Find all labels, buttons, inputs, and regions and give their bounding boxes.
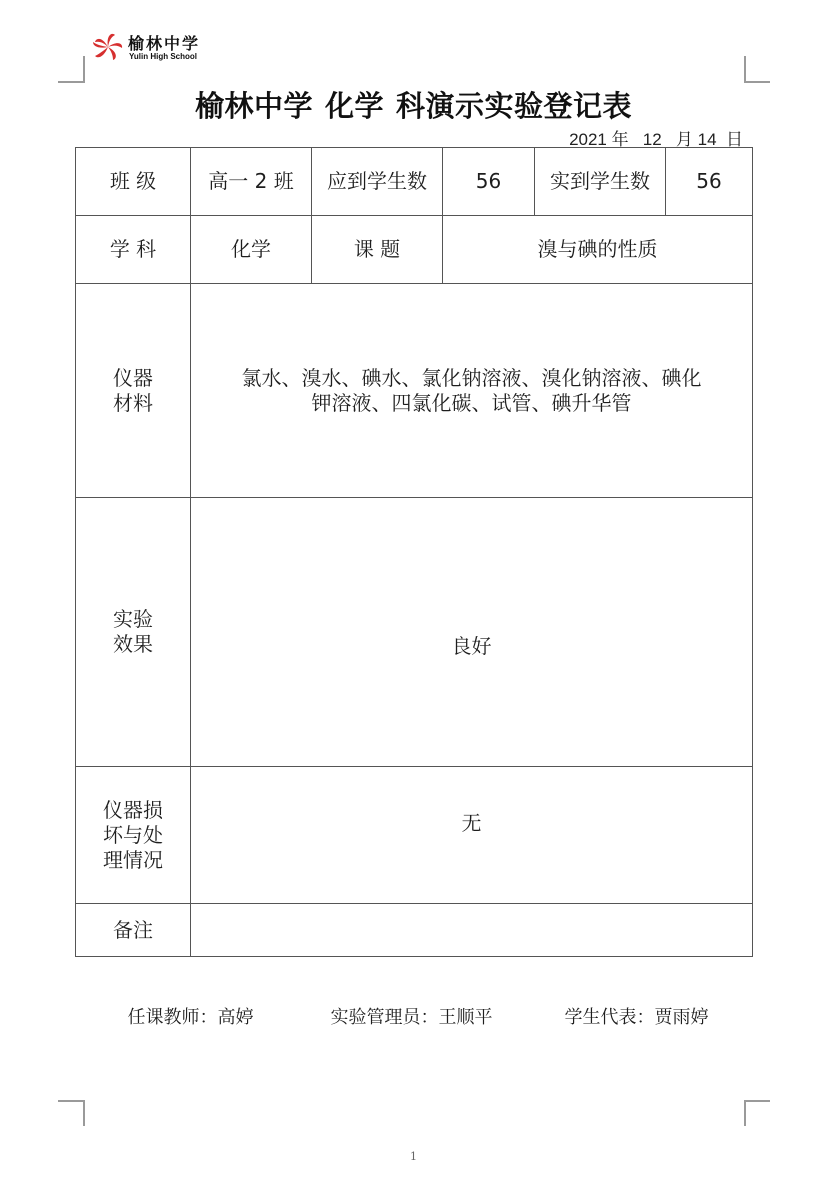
materials-value: 氯水、溴水、碘水、氯化钠溶液、溴化钠溶液、碘化 钾溶液、四氯化碳、试管、碘升华管 — [191, 284, 752, 497]
table-border — [75, 956, 753, 957]
teacher-name: 高婷 — [217, 1007, 253, 1028]
damage-value: 无 — [191, 767, 752, 879]
materials-value-line1: 氯水、溴水、碘水、氯化钠溶液、溴化钠溶液、碘化 — [242, 366, 702, 391]
class-label: 班 级 — [76, 148, 190, 215]
topic-label: 课 题 — [312, 216, 442, 283]
materials-value-line2: 钾溶液、四氯化碳、试管、碘升华管 — [312, 391, 632, 416]
page-number: 1 — [0, 1150, 827, 1163]
actual-students-label: 实到学生数 — [535, 148, 665, 215]
materials-label: 仪器 材料 — [76, 284, 190, 497]
remarks-label: 备注 — [76, 904, 190, 956]
damage-label-line3: 理情况 — [103, 848, 163, 873]
damage-label-line2: 坏与处 — [103, 823, 163, 848]
effect-value: 良好 — [191, 498, 752, 794]
effect-label-line1: 实验 — [113, 607, 153, 632]
topic-value: 溴与碘的性质 — [443, 216, 752, 283]
actual-students-value: 56 — [666, 148, 752, 215]
damage-label-line1: 仪器损 — [103, 798, 163, 823]
remarks-value — [191, 904, 752, 956]
damage-label: 仪器损 坏与处 理情况 — [76, 767, 190, 903]
admin-name: 王顺平 — [438, 1007, 492, 1028]
materials-label-line2: 材料 — [113, 391, 153, 416]
materials-label-line1: 仪器 — [113, 366, 153, 391]
admin-signature: 实验管理员：王顺平 — [319, 982, 492, 1029]
effect-label: 实验 效果 — [76, 498, 190, 766]
effect-label-line2: 效果 — [113, 632, 153, 657]
teacher-label: 任课教师： — [127, 1007, 217, 1028]
class-value: 高一 2 班 — [191, 148, 311, 215]
student-label: 学生代表： — [564, 1007, 654, 1028]
subject-value: 化学 — [191, 216, 311, 283]
teacher-signature: 任课教师：高婷 — [116, 982, 253, 1029]
admin-label: 实验管理员： — [330, 1007, 438, 1028]
table-border — [752, 147, 753, 957]
expected-students-value: 56 — [443, 148, 534, 215]
student-signature: 学生代表：贾雨婷 — [553, 982, 708, 1029]
student-name: 贾雨婷 — [654, 1007, 708, 1028]
expected-students-label: 应到学生数 — [312, 148, 442, 215]
subject-label: 学 科 — [76, 216, 190, 283]
